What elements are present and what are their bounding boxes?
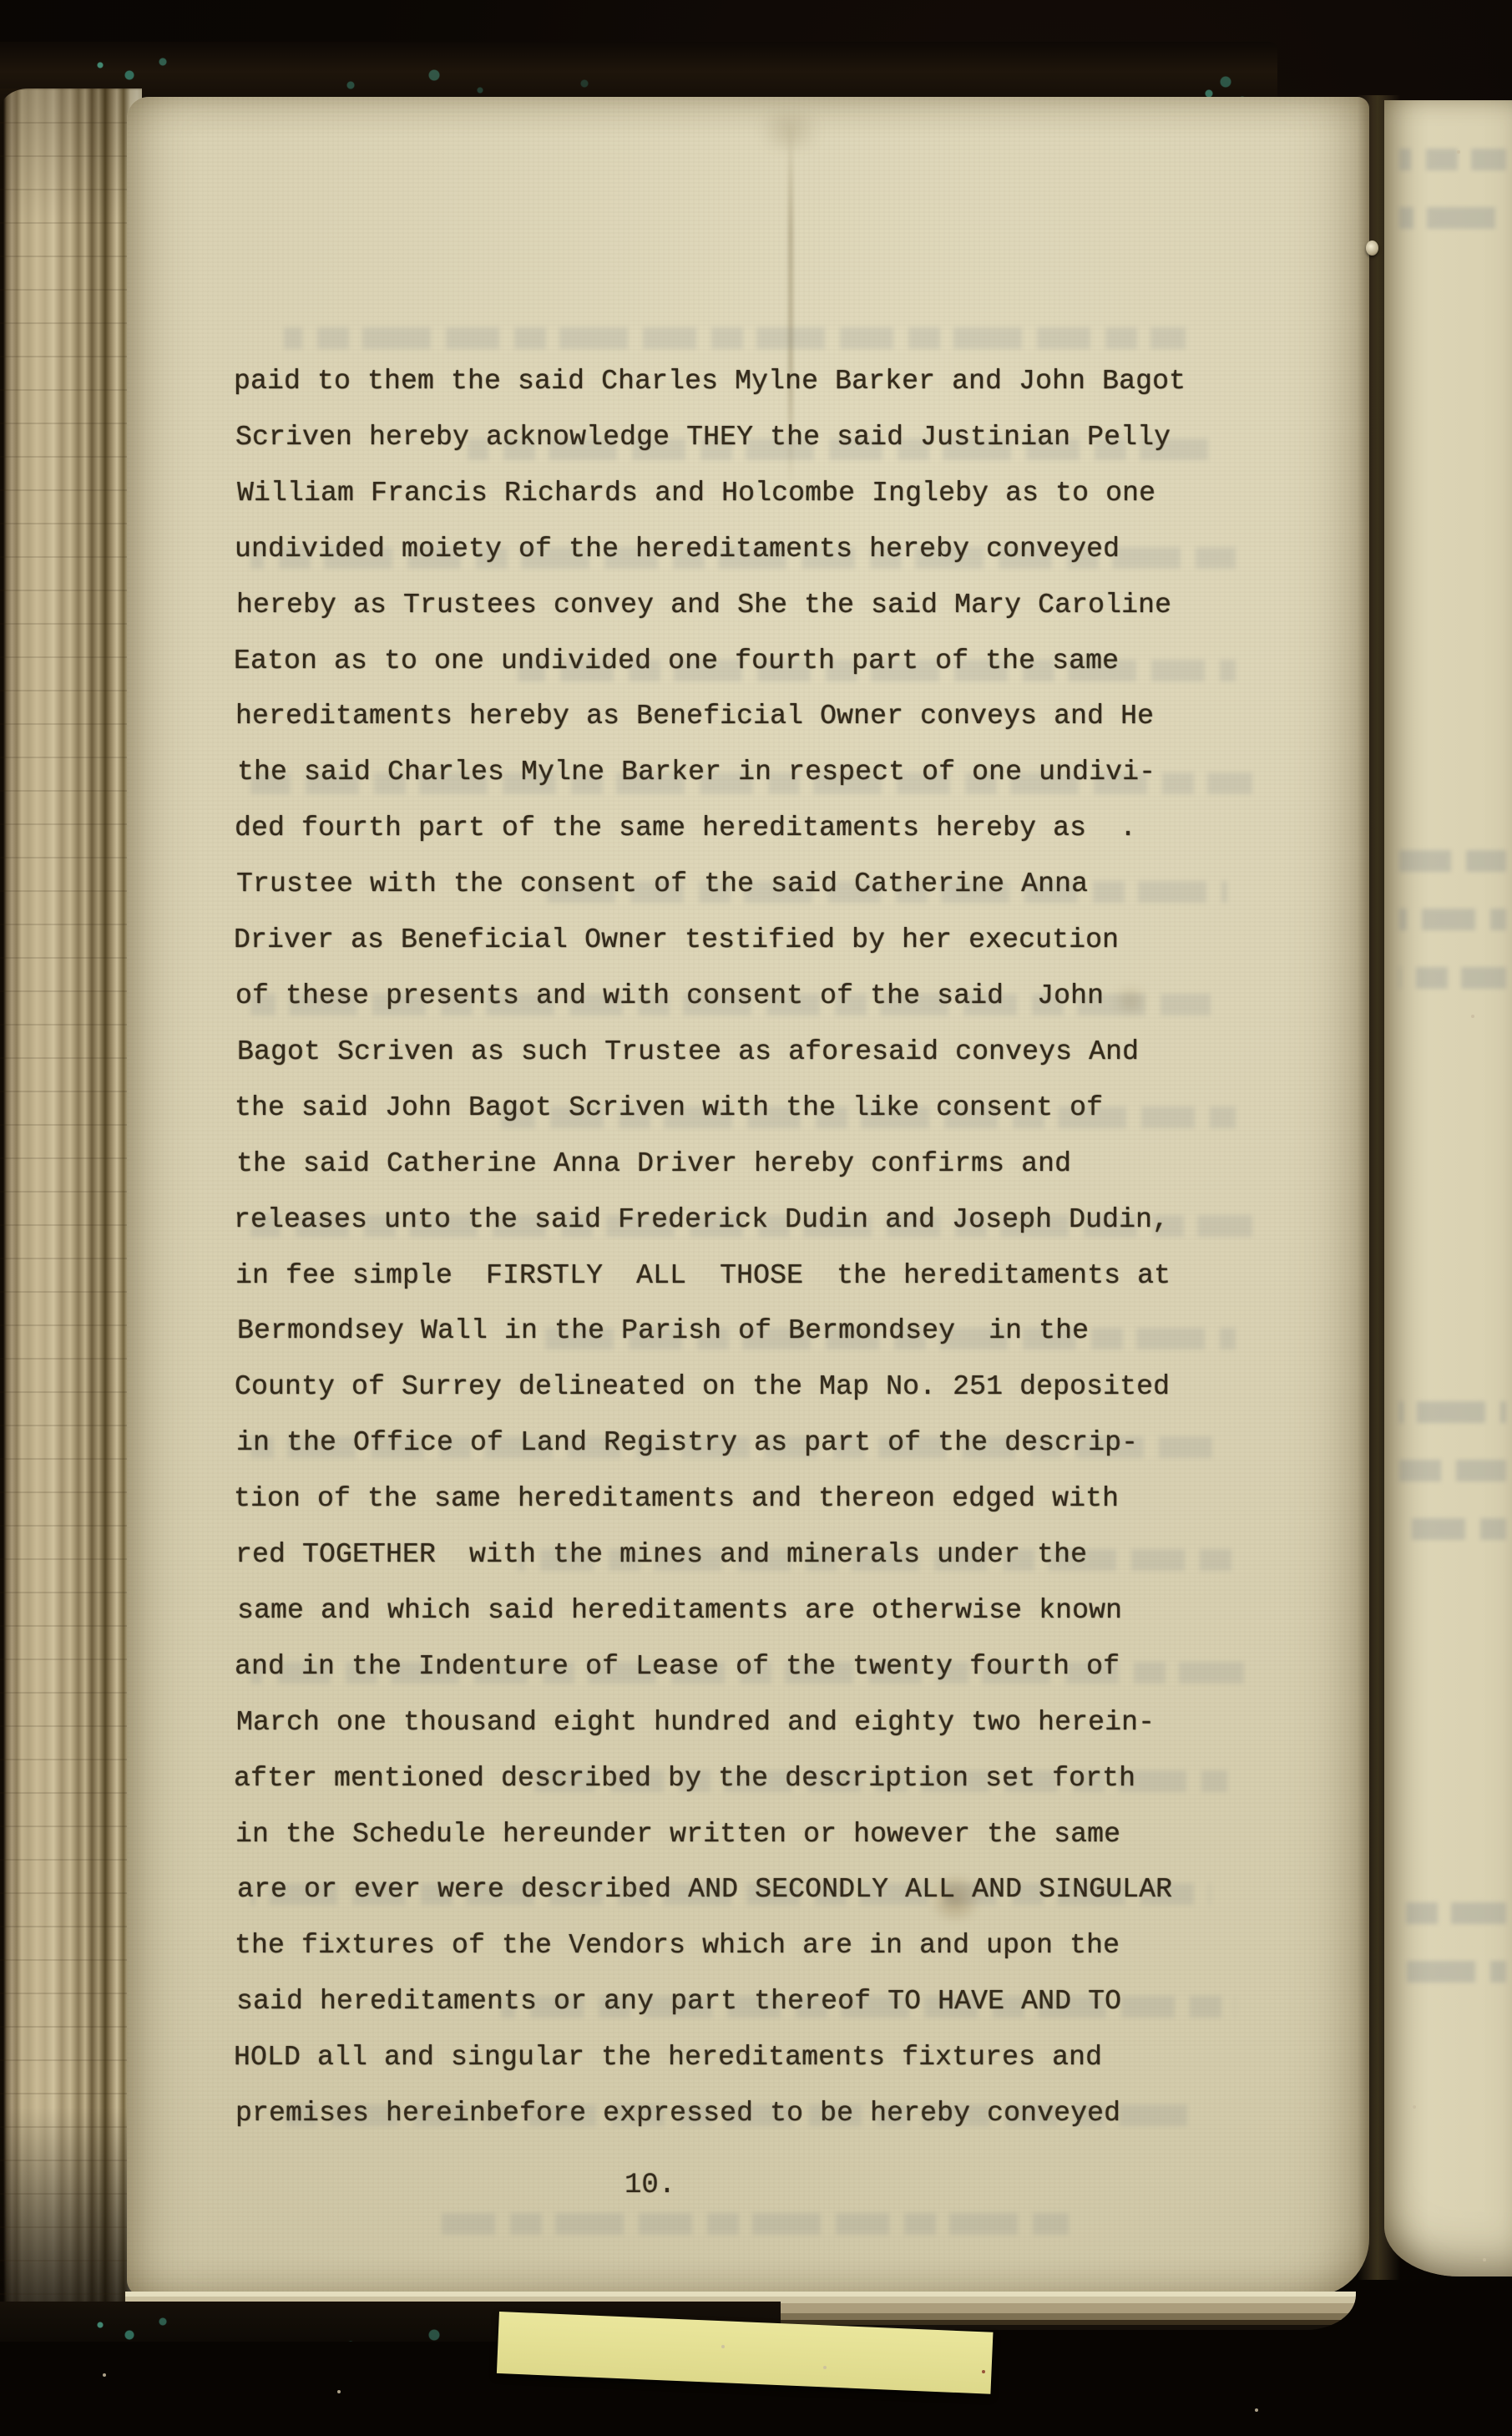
ghost-text-line	[1399, 1961, 1506, 1983]
next-page-edge	[1384, 100, 1512, 2276]
ghost-text-line	[434, 2213, 1069, 2235]
text-line: the said John Bagot Scriven with the lik…	[235, 1081, 1287, 1137]
dust-speck	[721, 2345, 725, 2348]
ghost-text-line	[1399, 1518, 1506, 1540]
text-line: the fixtures of the Vendors which are in…	[235, 1918, 1287, 1974]
book-scan-photo: paid to them the said Charles Mylne Bark…	[0, 0, 1512, 2436]
text-line: premises hereinbefore expressed to be he…	[235, 2086, 1287, 2142]
text-line: tion of the same hereditaments and there…	[234, 1471, 1286, 1527]
dust-speck	[982, 2370, 985, 2373]
text-line: same and which said hereditaments are ot…	[237, 1583, 1289, 1639]
text-line: said hereditaments or any part thereof T…	[236, 1974, 1288, 2030]
text-line: of these presents and with consent of th…	[235, 969, 1287, 1025]
text-line: in the Office of Land Registry as part o…	[236, 1416, 1288, 1471]
paper-stain	[750, 112, 830, 149]
binding-eyelet	[1366, 241, 1378, 256]
text-line: HOLD all and singular the hereditaments …	[234, 2030, 1286, 2086]
text-line: the said Charles Mylne Barker in respect…	[237, 745, 1289, 801]
ghost-text-line	[1399, 207, 1506, 229]
text-line: hereditaments hereby as Beneficial Owner…	[235, 689, 1287, 745]
typed-text: paid to them the said Charles Mylne Bark…	[235, 354, 1287, 2142]
text-line: paid to them the said Charles Mylne Bark…	[234, 354, 1286, 410]
text-line: after mentioned described by the descrip…	[234, 1751, 1286, 1807]
document-page: paid to them the said Charles Mylne Bark…	[127, 97, 1369, 2297]
text-line: Trustee with the consent of the said Cat…	[236, 857, 1288, 913]
dust-speck	[823, 2366, 827, 2369]
ghost-text-line	[1399, 1902, 1506, 1924]
text-line: in fee simple FIRSTLY ALL THOSE the here…	[235, 1248, 1287, 1304]
text-line: undivided moiety of the hereditaments he…	[235, 522, 1287, 578]
ghost-text-line	[1399, 967, 1506, 989]
dust-speck	[1413, 2105, 1416, 2109]
dust-speck	[1483, 2258, 1486, 2261]
ghost-text-line	[1399, 850, 1506, 872]
text-line: County of Surrey delineated on the Map N…	[235, 1360, 1287, 1416]
text-line: Bagot Scriven as such Trustee as aforesa…	[237, 1025, 1289, 1081]
page-number: 10.	[625, 2170, 675, 2201]
dust-speck	[1471, 1015, 1474, 1018]
text-line: are or ever were described AND SECONDLY …	[237, 1862, 1289, 1918]
text-line: releases unto the said Frederick Dudin a…	[234, 1193, 1286, 1248]
text-line: the said Catherine Anna Driver hereby co…	[236, 1137, 1288, 1193]
text-line: Driver as Beneficial Owner testified by …	[234, 913, 1286, 969]
text-line: in the Schedule hereunder written or how…	[235, 1807, 1287, 1863]
dust-speck	[103, 2373, 106, 2377]
ghost-text-line	[1399, 1460, 1506, 1481]
text-line: Bermondsey Wall in the Parish of Bermond…	[237, 1304, 1289, 1360]
ghost-text-line	[1399, 909, 1506, 930]
text-line: red TOGETHER with the mines and minerals…	[235, 1527, 1287, 1583]
text-line: hereby as Trustees convey and She the sa…	[236, 578, 1288, 634]
ghost-text-line	[284, 327, 1186, 349]
text-line: William Francis Richards and Holcombe In…	[237, 466, 1289, 522]
text-line: March one thousand eight hundred and eig…	[236, 1695, 1288, 1751]
dust-speck	[1255, 2408, 1258, 2412]
text-line: Eaton as to one undivided one fourth par…	[234, 634, 1286, 690]
text-line: Scriven hereby acknowledge THEY the said…	[235, 410, 1287, 466]
dust-speck	[1457, 150, 1460, 154]
text-line: ded fourth part of the same hereditament…	[235, 801, 1287, 857]
text-line: and in the Indenture of Lease of the twe…	[235, 1639, 1287, 1695]
dust-speck	[337, 2390, 341, 2393]
ghost-text-line	[1399, 149, 1506, 170]
ghost-text-line	[1399, 1401, 1506, 1423]
page-stack-left	[0, 89, 142, 2332]
